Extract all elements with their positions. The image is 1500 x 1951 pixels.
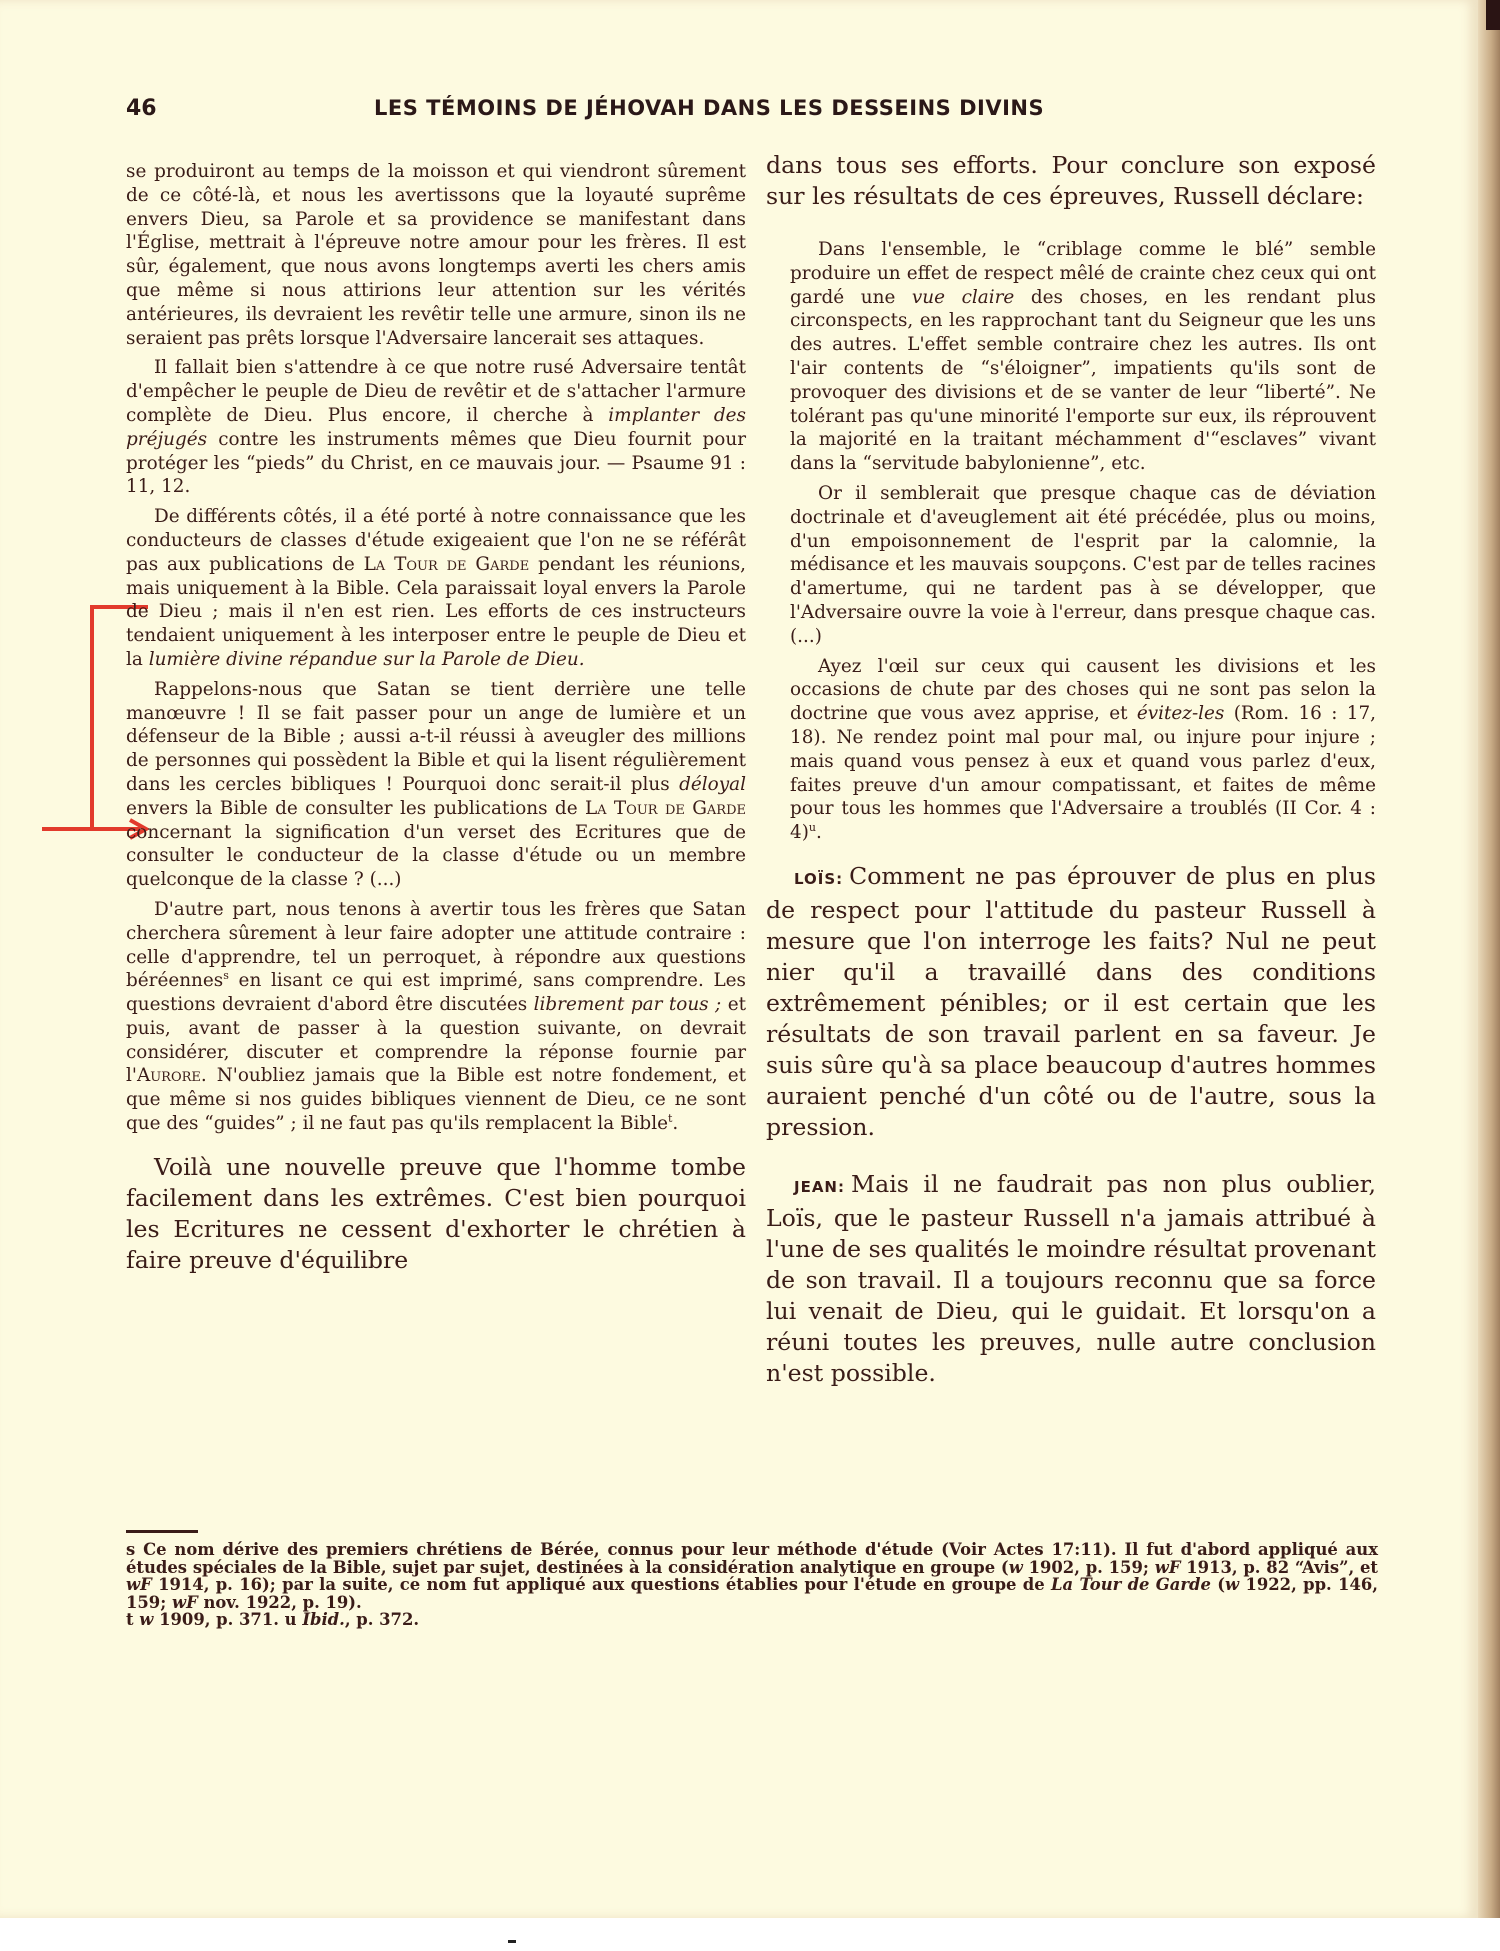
scan-mark: [508, 1940, 516, 1943]
footnote-t-u: t w 1909, p. 371. u Ibid., p. 372.: [126, 1611, 1378, 1629]
arrow-target-paragraph: Rappelons-nous que Satan se tient derriè…: [126, 678, 746, 892]
paragraph: dans tous ses efforts. Pour conclure son…: [766, 150, 1376, 212]
highlighted-paragraph: De différents côtés, il a été porté à no…: [126, 505, 746, 672]
quote-paragraph: Dans l'ensemble, le “criblage comme le b…: [790, 238, 1376, 476]
footnote-s: s Ce nom dérive des premiers chrétiens d…: [126, 1541, 1378, 1611]
right-column: dans tous ses efforts. Pour conclure son…: [766, 150, 1376, 1389]
footnotes: s Ce nom dérive des premiers chrétiens d…: [126, 1530, 1378, 1629]
quote-paragraph: Or il semblerait que presque chaque cas …: [790, 482, 1376, 649]
speaker-label: LOÏS:: [794, 870, 843, 888]
quote-paragraph: Ayez l'œil sur ceux qui causent les divi…: [790, 655, 1376, 845]
paragraph: Il fallait bien s'attendre à ce que notr…: [126, 356, 746, 499]
binding-shadow: [1486, 0, 1500, 30]
paragraph: Voilà une nouvelle preuve que l'homme to…: [126, 1152, 746, 1276]
dialogue-lois: LOÏS:Comment ne pas éprouver de plus en …: [766, 861, 1376, 1143]
dialogue-jean: JEAN:Mais il ne faudrait pas non plus ou…: [766, 1169, 1376, 1389]
footnote-rule: [126, 1530, 198, 1533]
paragraph: se produiront au temps de la moisson et …: [126, 160, 746, 350]
speaker-label: JEAN:: [794, 1178, 845, 1196]
left-column: se produiront au temps de la moisson et …: [126, 160, 746, 1276]
footnote-ref: u: [809, 821, 816, 834]
running-title: LES TÉMOINS DE JÉHOVAH DANS LES DESSEINS…: [374, 96, 1044, 120]
scan-margin: [0, 1918, 1500, 1951]
page-number: 46: [126, 96, 157, 121]
block-quote: Dans l'ensemble, le “criblage comme le b…: [766, 238, 1376, 845]
page-edge: [1478, 0, 1500, 1918]
paragraph: D'autre part, nous tenons à avertir tous…: [126, 898, 746, 1136]
running-header: 46 LES TÉMOINS DE JÉHOVAH DANS LES DESSE…: [126, 96, 1126, 126]
